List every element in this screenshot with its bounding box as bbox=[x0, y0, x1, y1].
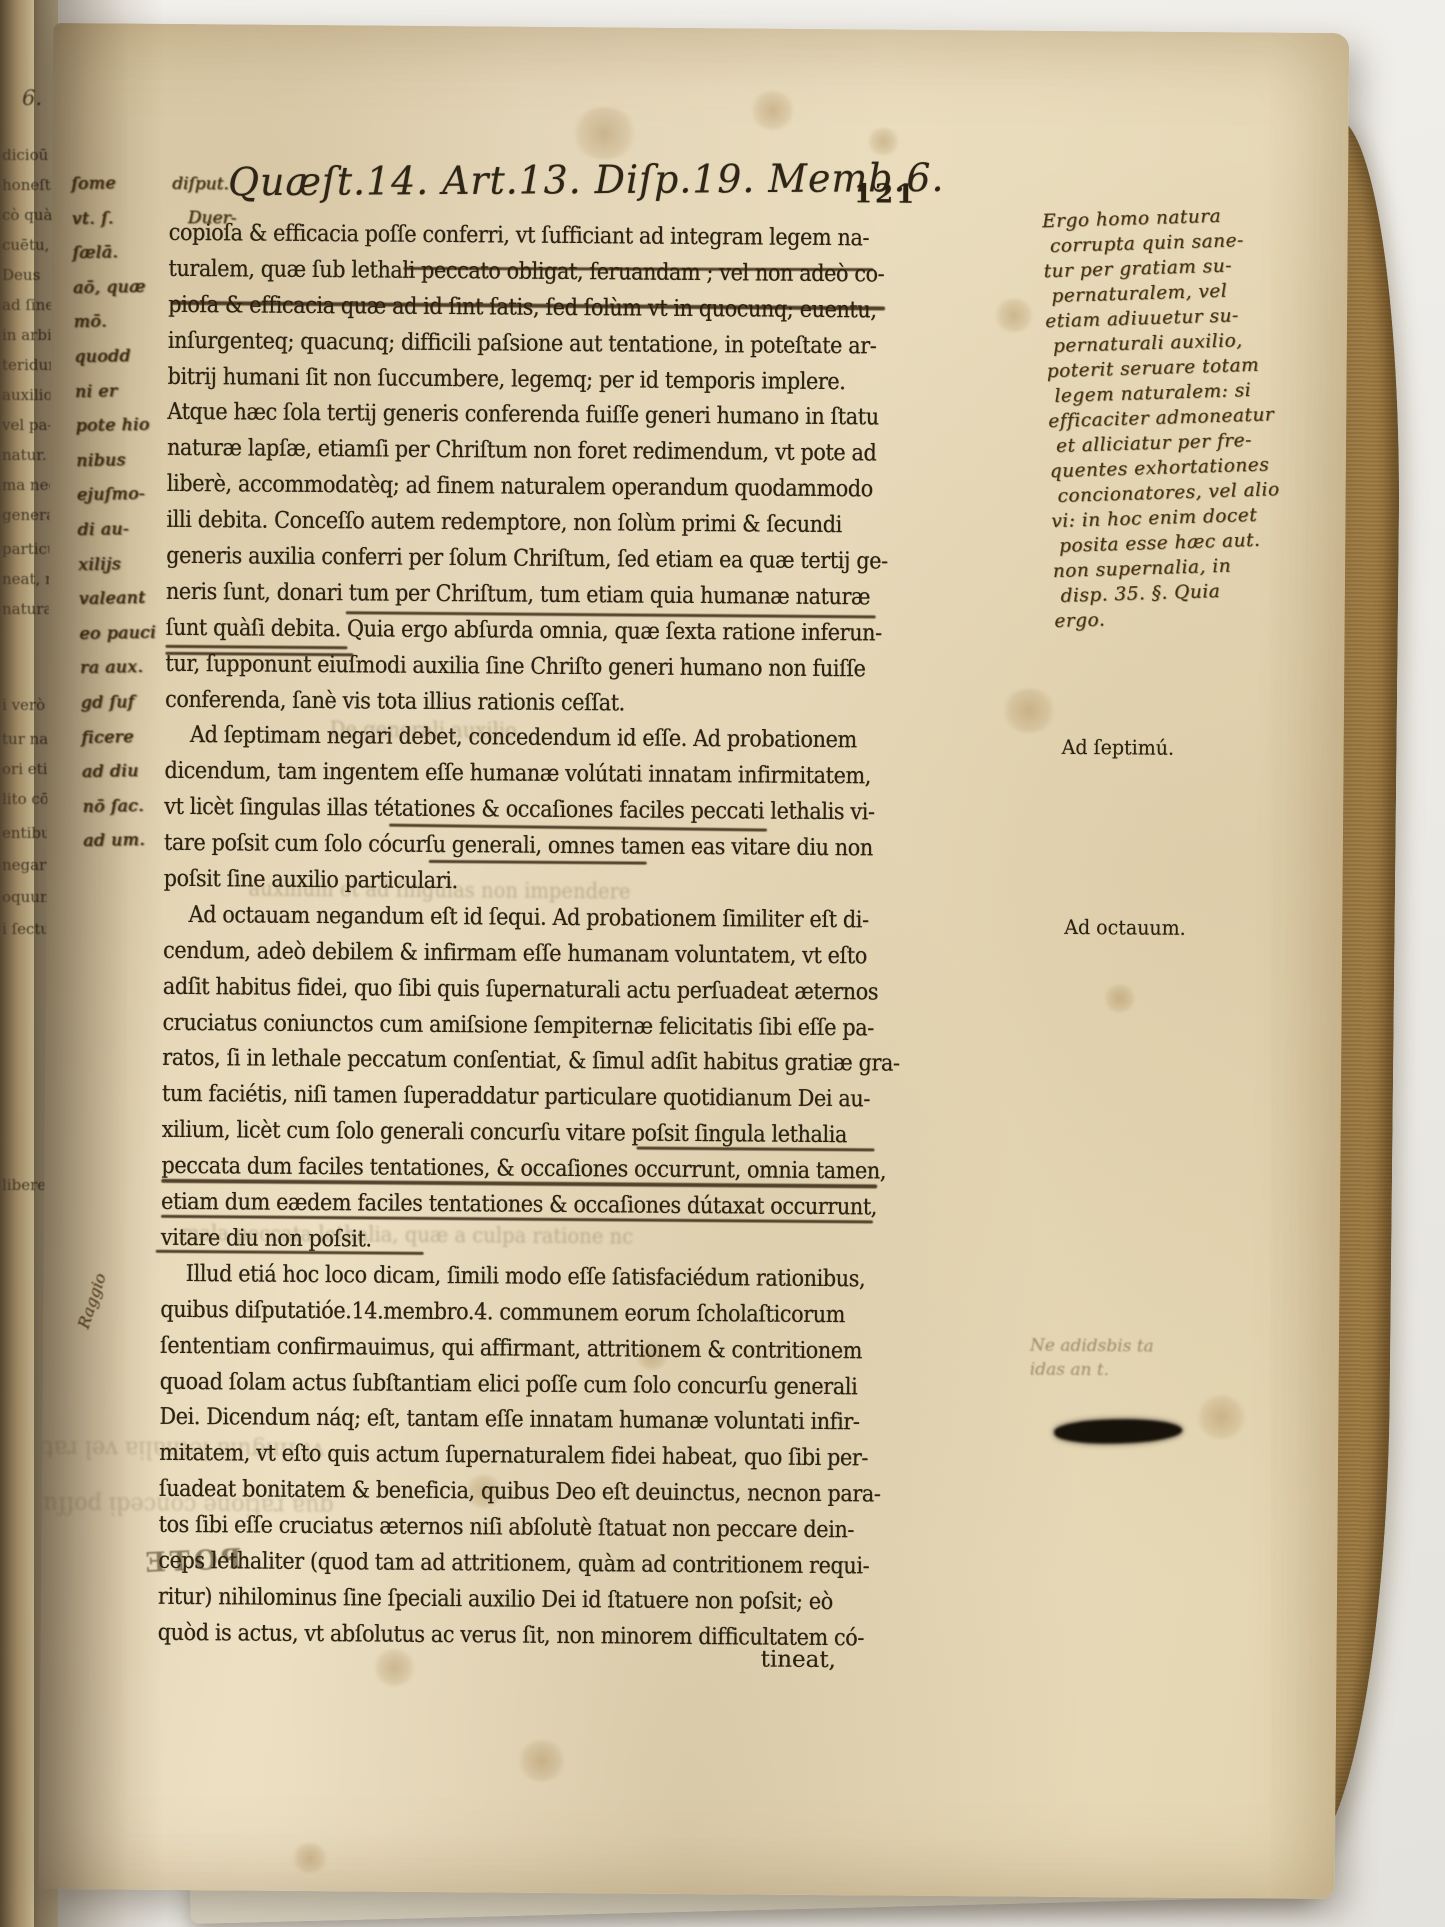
text-line: vitare diu non poſsit. bbox=[161, 1225, 899, 1267]
corner-scrawl: Raggio bbox=[74, 1271, 110, 1331]
annotation-line: xilijs bbox=[78, 553, 155, 589]
text-line: Illud etiá hoc loco dicam, ſimili modo e… bbox=[160, 1261, 898, 1303]
text-line: ſunt quàſi debita. Quia ergo abſurda omn… bbox=[165, 615, 903, 657]
annotation-line: nibus bbox=[76, 450, 153, 486]
paper-stain bbox=[993, 298, 1035, 332]
text-line: tur, ſupponunt eiuſmodi auxilia ſine Chr… bbox=[165, 651, 903, 693]
previous-page-text-fragment: cò quàl bbox=[2, 206, 57, 224]
text-line: Dei. Dicendum náq; eſt, tantam eſſe inna… bbox=[159, 1404, 897, 1446]
annotation-line: mō. bbox=[74, 311, 151, 347]
annotation-line: eo pauci bbox=[79, 622, 156, 658]
book-page: De generali auxilio auxilium et ad ſingu… bbox=[39, 23, 1350, 1899]
annotation-line: ni er bbox=[75, 380, 152, 416]
ink-blot bbox=[1054, 1418, 1183, 1445]
catchword: tineat, bbox=[760, 1647, 835, 1674]
text-line: quoad ſolam actus ſubſtantiam elici poſſ… bbox=[160, 1368, 898, 1410]
previous-page-text-fragment: Deus bbox=[2, 266, 40, 284]
annotation-line: ad um. bbox=[83, 830, 160, 866]
annotation-line: ſælā. bbox=[72, 242, 149, 278]
previous-page-text-fragment: lito cō- bbox=[2, 790, 54, 808]
text-line: inſurgenteq; quacunq; difficili paſsione… bbox=[168, 328, 906, 370]
annotation-line: idas an t. bbox=[1030, 1360, 1154, 1385]
printed-margin-note: Ad octauum. bbox=[1064, 915, 1186, 940]
text-line: poſsit ſine auxilio particulari. bbox=[163, 866, 901, 908]
running-head: Quæſt.14. Art.13. Diſp.19. Memb.6. bbox=[228, 156, 945, 205]
previous-page-text-fragment: honeſt bbox=[2, 176, 51, 194]
text-line: quibus diſputatióe.14.membro.4. communem… bbox=[160, 1297, 898, 1339]
text-line: cendum, adeò debilem & infirmam eſſe hum… bbox=[163, 938, 901, 980]
paper-stain bbox=[1103, 984, 1137, 1012]
text-line: ſuadeat bonitatem & beneficia, quibus De… bbox=[159, 1476, 897, 1518]
annotation-line: pote hio bbox=[76, 415, 153, 451]
text-line: naturæ lapſæ, etiamſi per Chriſtum non f… bbox=[167, 435, 905, 477]
printed-margin-note: Ad ſeptimú. bbox=[1062, 735, 1175, 760]
text-line: Ad ſeptimam negari debet, concedendum id… bbox=[165, 722, 903, 764]
annotation-line: ra aux. bbox=[80, 657, 157, 693]
text-line: generis auxilia conferri per ſolum Chriſ… bbox=[166, 543, 904, 585]
previous-page-text-fragment: vel pa- bbox=[2, 416, 53, 434]
previous-page-text-fragment: 6. bbox=[22, 86, 42, 110]
text-line: tare poſsit cum ſolo cócurſu generali, o… bbox=[164, 830, 902, 872]
text-line: vt licèt ſingulas illas tétationes & occ… bbox=[164, 794, 902, 836]
annotation-line: vt. ſ. bbox=[72, 207, 149, 243]
text-line: ſententiam confirmauimus, qui affirmant,… bbox=[160, 1332, 898, 1374]
header-annotation: diſput. bbox=[172, 174, 229, 194]
previous-page-text-fragment: cuētu, bbox=[2, 236, 49, 254]
annotation-line: ad diu bbox=[82, 761, 159, 797]
text-line: conferenda, ſanè vis tota illius rationi… bbox=[165, 686, 903, 728]
paper-stain bbox=[569, 107, 639, 160]
page-number: 121 bbox=[854, 179, 918, 209]
book-photo: 6. dicioū honeſt cò quàl cuētu, Deus ad … bbox=[0, 0, 1445, 1927]
text-line: ceps lethaliter (quod tam ad attritionem… bbox=[158, 1548, 896, 1590]
text-line: etiam dum eædem faciles tentationes & oc… bbox=[161, 1189, 899, 1231]
annotation-line: valeant bbox=[79, 588, 156, 624]
annotation-line: aō, quæ bbox=[73, 277, 150, 313]
annotation-line: quodd bbox=[74, 346, 151, 382]
text-line: xilium, licèt cum ſolo generali concurſu… bbox=[161, 1117, 899, 1159]
paper-stain bbox=[750, 90, 796, 130]
text-line: ritur) nihilominus ſine ſpeciali auxilio… bbox=[158, 1584, 896, 1626]
annotation-line: ejuſmo- bbox=[77, 484, 154, 520]
text-line: copioſa & efficacia poſſe conferri, vt ſ… bbox=[169, 220, 907, 262]
previous-page-text-fragment: dicioū bbox=[2, 146, 48, 164]
text-line: adſit habitus fidei, quo ſibi quis ſuper… bbox=[163, 974, 901, 1016]
text-line: liberè, accommodatèq; ad finem naturalem… bbox=[167, 471, 905, 513]
paper-stain bbox=[1194, 1395, 1248, 1439]
text-line: tum faciétis, niſi tamen ſuperaddatur pa… bbox=[162, 1081, 900, 1123]
annotation-line: Ne adidsbis ta bbox=[1030, 1336, 1154, 1361]
previous-page-text-fragment: in arbi- bbox=[2, 326, 57, 344]
annotation-line: gd ſuf bbox=[81, 692, 158, 728]
main-text-block: copioſa & efficacia poſſe conferri, vt ſ… bbox=[158, 220, 989, 1662]
paper-stain bbox=[517, 1740, 567, 1782]
previous-page-text-fragment: ad ſine bbox=[2, 296, 54, 314]
right-margin-annotation: Ergo homo natura corrupta quin sane- tur… bbox=[1042, 204, 1284, 636]
annotation-line: ſome bbox=[71, 173, 148, 209]
paper-stain bbox=[291, 1843, 329, 1873]
text-line: bitrij humani ſit non ſuccumbere, legemq… bbox=[167, 363, 905, 405]
text-line: peccata dum faciles tentationes, & occaſ… bbox=[161, 1153, 899, 1195]
text-line: pioſa & efficacia quæ ad id ſint ſatis, … bbox=[168, 292, 906, 334]
text-line: Atque hæc ſola tertij generis conferenda… bbox=[167, 399, 905, 441]
annotation-line: ficere bbox=[81, 726, 158, 762]
text-line: tos ſibi eſſe cruciatus æternos niſi abſ… bbox=[158, 1512, 896, 1554]
right-margin-faint-note: Ne adidsbis ta idas an t. bbox=[1030, 1336, 1154, 1385]
text-line: dicendum, tam ingentem eſſe humanæ volút… bbox=[164, 758, 902, 800]
paper-stain bbox=[866, 127, 900, 155]
annotation-line: nō ſac. bbox=[83, 795, 160, 831]
text-line: illi debita. Conceſſo autem redemptore, … bbox=[166, 507, 904, 549]
text-line: cruciatus coniunctos cum amiſsione ſempi… bbox=[162, 1009, 900, 1051]
text-line: turalem, quæ ſub lethali peccato obligat… bbox=[168, 256, 906, 298]
text-line: mitatem, vt eſto quis actum ſupernatural… bbox=[159, 1440, 897, 1482]
paper-stain bbox=[1000, 688, 1058, 732]
left-margin-annotation: ſome vt. ſ. ſælā. aō, quæ mō. quodd ni e… bbox=[71, 173, 160, 866]
annotation-line: di au- bbox=[77, 519, 154, 555]
previous-page-text-fragment: teridum bbox=[2, 356, 58, 374]
previous-page-text-fragment: auxilio bbox=[2, 386, 53, 404]
text-line: Ad octauam negandum eſt id ſequi. Ad pro… bbox=[163, 902, 901, 944]
text-line: ratos, ſi in lethale peccatum conſentiat… bbox=[162, 1045, 900, 1087]
